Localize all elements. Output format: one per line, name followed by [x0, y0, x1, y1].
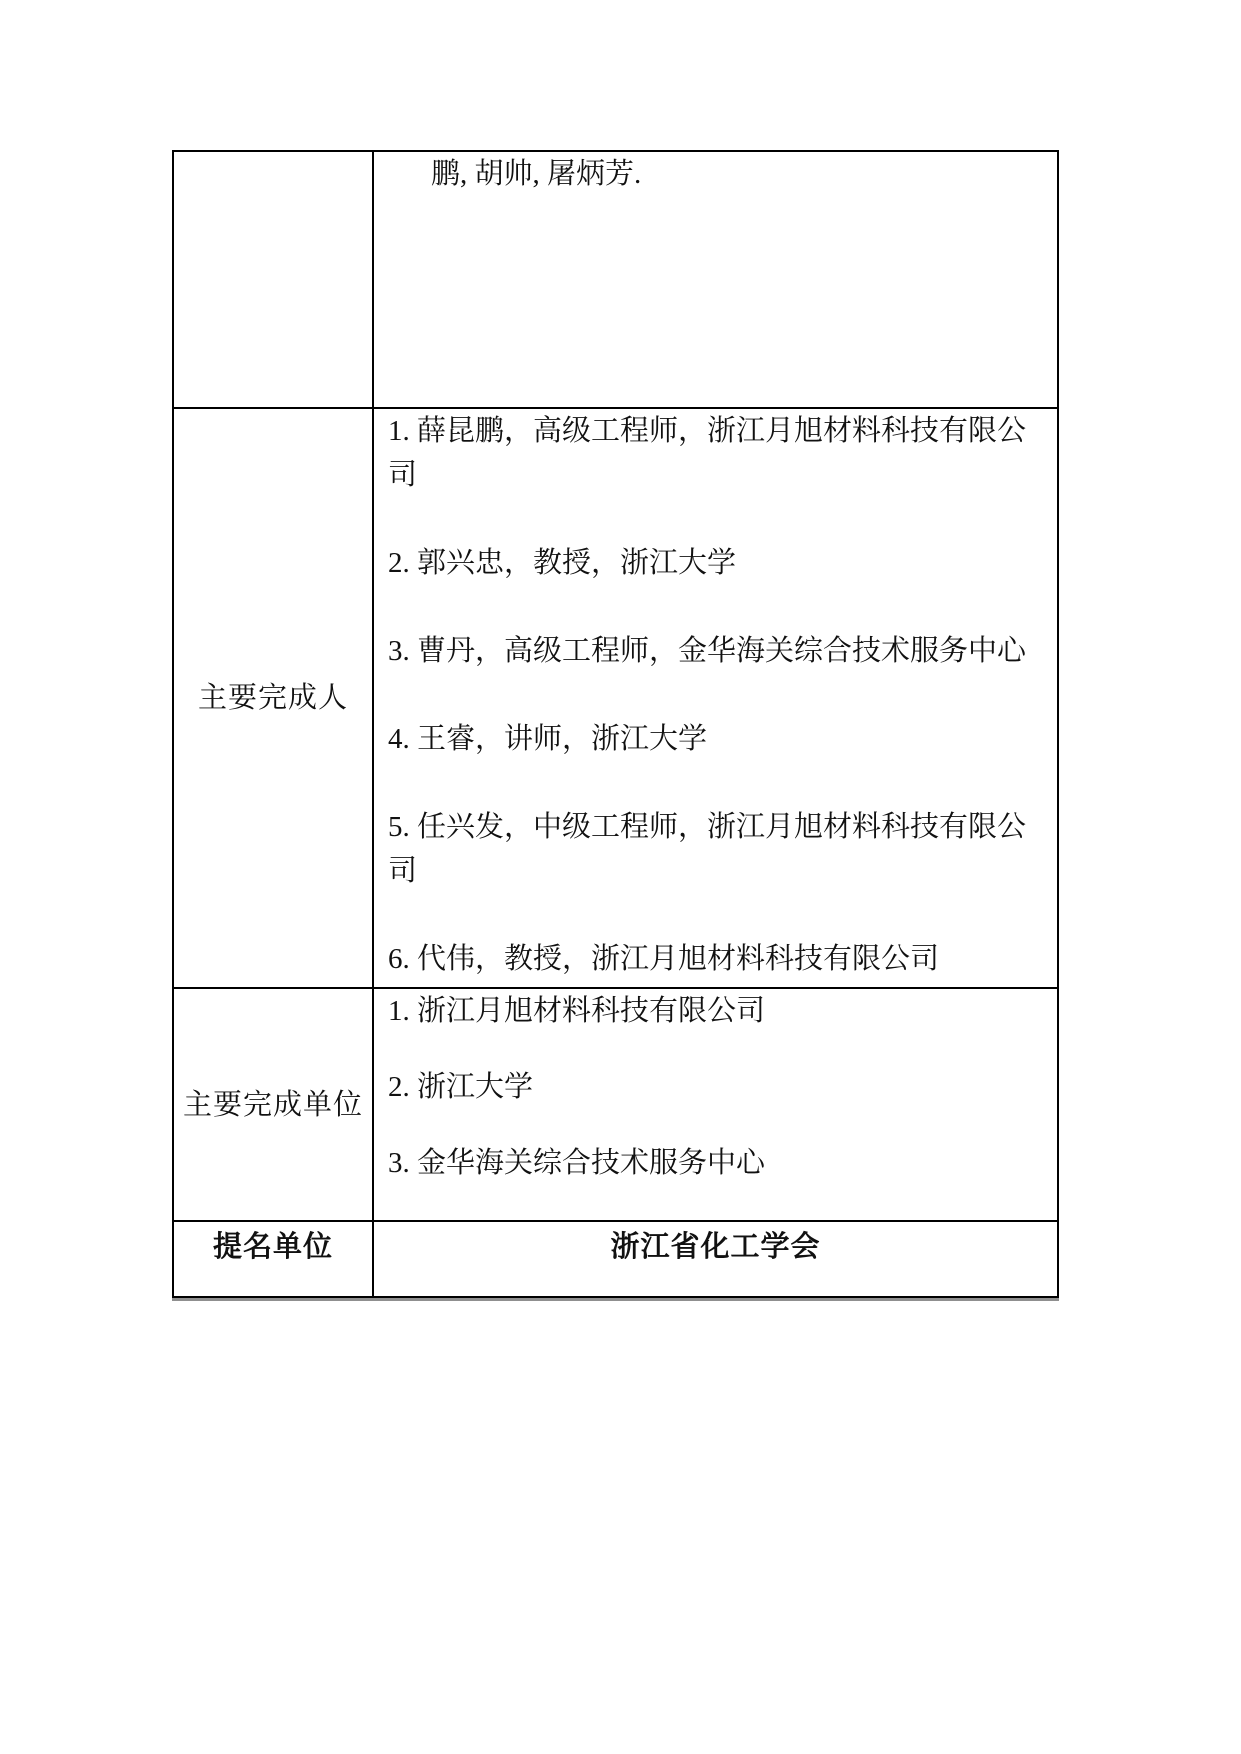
nominator-value: 浙江省化工学会	[610, 1225, 820, 1269]
document-page: 鹏, 胡帅, 屠炳芳. 主要完成人 1. 薛昆鹏，高级工程师，浙江月旭材料科技有…	[0, 0, 1241, 1754]
units-label-cell: 主要完成单位	[174, 987, 372, 1220]
completer-item: 2. 郭兴忠，教授，浙江大学	[388, 541, 1043, 585]
unit-item: 3. 金华海关综合技术服务中心	[388, 1141, 1043, 1185]
unit-item: 2. 浙江大学	[388, 1065, 1043, 1109]
completers-label: 主要完成人	[198, 676, 348, 720]
completer-item: 5. 任兴发，中级工程师，浙江月旭材料科技有限公司	[388, 805, 1043, 893]
nominator-value-cell: 浙江省化工学会	[372, 1220, 1057, 1296]
continuation-label-cell	[174, 152, 372, 407]
nomination-form-table: 鹏, 胡帅, 屠炳芳. 主要完成人 1. 薛昆鹏，高级工程师，浙江月旭材料科技有…	[172, 150, 1059, 1298]
completer-item: 3. 曹丹，高级工程师，金华海关综合技术服务中心	[388, 629, 1043, 673]
completer-item: 4. 王睿，讲师，浙江大学	[388, 717, 1043, 761]
units-label: 主要完成单位	[183, 1083, 363, 1127]
nominator-label: 提名单位	[213, 1225, 333, 1269]
nominator-label-cell: 提名单位	[174, 1220, 372, 1296]
continuation-text-cell: 鹏, 胡帅, 屠炳芳.	[372, 152, 1057, 407]
completer-item: 1. 薛昆鹏，高级工程师，浙江月旭材料科技有限公司	[388, 409, 1043, 497]
unit-item: 1. 浙江月旭材料科技有限公司	[388, 989, 1043, 1033]
completers-label-cell: 主要完成人	[174, 407, 372, 987]
completers-list-cell: 1. 薛昆鹏，高级工程师，浙江月旭材料科技有限公司 2. 郭兴忠，教授，浙江大学…	[372, 407, 1057, 987]
completer-item: 6. 代伟，教授，浙江月旭材料科技有限公司	[388, 937, 1043, 981]
reference-continuation-text: 鹏, 胡帅, 屠炳芳.	[388, 152, 1043, 196]
units-list-cell: 1. 浙江月旭材料科技有限公司 2. 浙江大学 3. 金华海关综合技术服务中心	[372, 987, 1057, 1220]
